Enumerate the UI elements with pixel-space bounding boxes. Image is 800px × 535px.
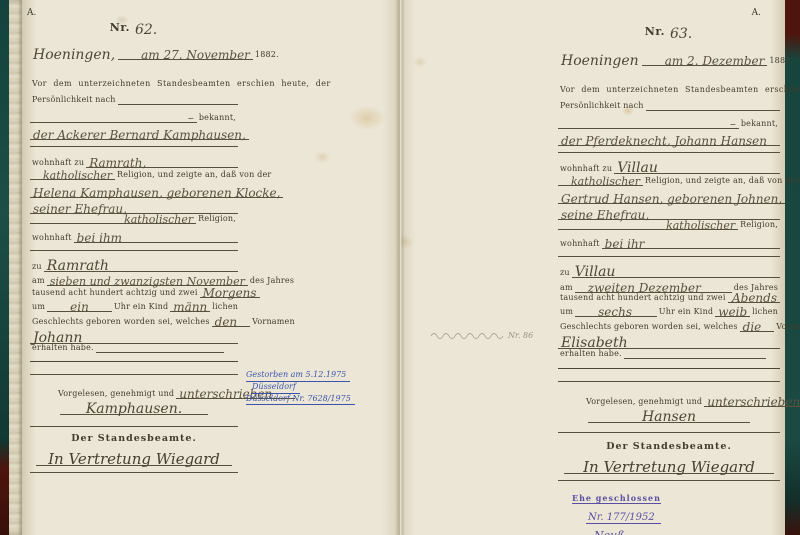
registrar-label-row: Der Standesbeamte. [30,434,238,445]
rule-line [125,240,238,242]
child-name-row: Elisabeth [558,333,780,349]
declarant-signature: Hansen [639,410,699,424]
born-line: Geschlechts geboren worden sei, welches [558,323,740,332]
child-name-row: Johann [30,328,238,344]
year-words: tausend acht hundert achtzig und zwei [30,289,200,298]
place-date-row: Hoeningen, am 27. November 1882. [30,44,238,60]
death-annotation-line2: Düsseldorf [252,382,300,394]
rule-line [661,171,780,173]
pencil-note-number: Nr. 86 [508,331,533,340]
time-of-day-value: Morgens [200,287,260,299]
rule-line [764,329,774,331]
register-book-scan: A. Nr. 62. Hoeningen, am 27. November 18… [0,0,800,535]
religion-value-2: katholischer [121,214,196,225]
firstname-label: Vornamen [774,323,800,332]
religion-value-2: katholischer [663,220,738,231]
corner-letter: A. [27,8,36,18]
declarant-signature-row: Hansen [558,407,780,423]
blank-rule [558,152,780,153]
rule-line [85,341,238,343]
rule-line [631,346,780,348]
residence-label: wohnhaft zu [30,159,86,168]
rule-line [635,314,655,316]
gender-suffix: lichen [750,308,780,317]
place-date-row: Hoeningen am 2. Dezember 1882. [558,50,780,66]
rule-line [30,221,121,223]
intro-row-1: Vor dem unterzeichneten Standesbeamten e… [30,80,238,89]
hour-value: ein [67,301,92,313]
declarant-line: der Ackerer Bernard Kamphausen, [30,129,249,141]
intro-line2: Persönlichkeit nach [558,102,646,111]
rule-line [558,227,663,229]
religion-value-1: katholischer [40,170,115,181]
registrar-signature-row: In Vertretung Wiegard [558,456,780,474]
read-approved-label: Vorgelesen, genehmigt und [584,398,704,407]
intro-line2: Persönlichkeit nach [30,96,118,105]
marriage-place: Neuß [592,529,631,535]
final-rule [30,472,238,473]
blank-rule [30,146,238,147]
year-printed: 1882. [767,57,795,66]
nr-value: 62. [132,23,160,37]
nr-label: Nr. [643,26,667,39]
rule-line [30,120,185,122]
time-of-day-value: Abends [729,292,780,304]
rule-line [558,126,727,128]
death-annotation-line3: Düsseldorf Nr. 7628/1975 [246,394,355,406]
read-approved-label: Vorgelesen, genehmigt und [56,390,176,399]
time-row: um ein Uhr ein Kind männ lichen [30,301,238,312]
time-prefix: um [558,308,575,317]
rule-line [575,314,595,316]
year-printed: 1882. [253,51,281,60]
religion-value-1: katholischer [568,176,643,187]
on-label: am [30,277,47,286]
with-whom-value: bei ihr [602,238,648,250]
rule-line [118,102,238,104]
registrar-signature: In Vertretung Wiegard [45,452,223,467]
declarant-signature-row: Kamphausen. [30,399,238,415]
born-row: Geschlechts geboren worden sei, welches … [30,316,238,327]
rule-line [240,324,250,326]
death-annotation-line1: Gestorben am 5.12.1975 [246,370,350,382]
date-value: am 27. November [138,49,253,61]
birth-place-row: zu Villau [558,262,780,278]
read-approved-row: Vorgelesen, genehmigt und unterschrieben [558,392,780,407]
corner-letter: A. [752,8,761,18]
rule-line [647,246,780,248]
marriage-annotation: Ehe geschlossen Nr. 177/1952 Neuß [572,486,661,535]
declarant-line: der Pferdeknecht, Johann Hansen [558,135,770,147]
residence-with-label: wohnhaft [558,240,602,249]
rule-line [30,177,40,179]
with-whom-row: wohnhaft bei ihr [558,235,780,249]
separator-rule [30,361,238,362]
declarant-row: der Ackerer Bernard Kamphausen, [30,124,238,140]
religion-word: Religion, [738,221,780,230]
nr-value: 63. [667,27,695,41]
residence-label: wohnhaft zu [558,165,614,174]
place-value: Hoeningen [558,54,642,68]
rule-line [558,183,568,185]
place-value: Hoeningen, [30,48,118,62]
rule-line [47,309,67,311]
gender-suffix: lichen [210,303,240,312]
time-prefix: um [30,303,47,312]
blank-rule [30,374,238,375]
rule-line [770,143,780,145]
known-mark: – [727,118,739,130]
known-suffix: bekannt, [739,120,780,129]
rule-line [642,63,662,65]
date-value: am 2. Dezember [662,55,768,67]
birth-day-row: am sieben und zwanzigsten November des J… [30,270,238,286]
received-label: erhalten habe. [558,350,624,359]
record-number-row: Nr. 62. [30,22,238,35]
born-line: Geschlechts geboren worden sei, welches [30,318,212,327]
born-row: Geschlechts geboren worden sei, welches … [558,321,780,332]
page-edge-stack [9,0,22,535]
article-value: den [212,316,241,328]
registrar-label: Der Standesbeamte. [604,442,734,453]
marriage-record-number: Nr. 177/1952 [586,512,661,524]
separator-rule [558,368,780,369]
gender-value: männ [170,301,210,313]
religion-word: Religion, [196,215,238,224]
hour-value: sechs [595,306,635,318]
with-whom-row: wohnhaft bei ihm [30,229,238,243]
received-row: erhalten habe. [558,350,780,359]
firstname-label: Vornamen [250,318,297,327]
religion-row-1: katholischer Religion, und zeigte an, da… [30,170,238,180]
religion-row-2: katholischer Religion, [30,214,238,224]
religion-suffix-1: Religion, und zeigte an, daß von der [643,177,800,186]
final-rule [558,480,780,481]
death-annotation: Gestorben am 5.12.1975 Düsseldorf Düssel… [246,370,355,405]
received-row: erhalten habe. [30,344,238,353]
marriage-stamp-text: Ehe geschlossen [572,493,661,504]
residence-row: wohnhaft zu Villau [558,158,780,174]
rule-line [118,57,138,59]
residence-value: Villau [614,161,661,175]
child-name: Elisabeth [558,336,631,350]
declarant-signature: Kamphausen. [83,402,185,416]
registrar-signature-row: In Vertretung Wiegard [30,448,238,466]
pencil-margin-note: Nr. 86 [430,330,533,340]
rule-line [624,356,766,358]
known-mark: – [185,112,197,124]
time-suffix: Uhr ein Kind [112,303,170,312]
rule-line [149,165,238,167]
religion-row-1: katholischer Religion, und zeigte an, da… [558,176,780,186]
year-words: tausend acht hundert achtzig und zwei [558,294,728,303]
blank-rule [30,426,238,427]
intro-line1: Vor dem unterzeichneten Standesbeamten e… [30,80,333,89]
blank-rule [30,250,238,251]
article-value: die [740,321,765,333]
declarant-row: der Pferdeknecht, Johann Hansen [558,130,780,146]
intro-row-2: Persönlichkeit nach [558,102,780,111]
registrar-label: Der Standesbeamte. [69,434,199,445]
religion-row-2: katholischer Religion, [558,220,780,230]
time-row: um sechs Uhr ein Kind weib lichen [558,306,780,317]
relation-row: seine Ehefrau, [558,204,780,220]
known-row: – bekannt, [30,112,238,123]
rule-line [646,108,780,110]
gender-value: weib [715,306,750,318]
nr-label: Nr. [108,22,132,35]
with-whom-value: bei ihm [74,232,125,244]
known-suffix: bekannt, [197,114,238,123]
relation-row: seiner Ehefrau, [30,198,238,214]
received-label: erhalten habe. [30,344,96,353]
residence-row: wohnhaft zu Ramrath, [30,152,238,168]
register-page-left: A. Nr. 62. Hoeningen, am 27. November 18… [22,0,400,535]
intro-row-2: Persönlichkeit nach [30,96,238,105]
year-words-row: tausend acht hundert achtzig und zwei Ab… [558,292,780,303]
record-number-row: Nr. 63. [558,26,780,39]
rule-line [96,350,224,352]
religion-suffix-1: Religion, und zeigte an, daß von der [115,171,273,180]
blank-rule [558,256,780,257]
blank-rule [558,432,780,433]
known-row: – bekannt, [558,118,780,129]
intro-line1: Vor dem unterzeichneten Standesbeamten e… [558,86,800,95]
registrar-signature: In Vertretung Wiegard [580,460,758,475]
blank-rule [558,381,780,382]
read-approved-row: Vorgelesen, genehmigt und unterschrieben [30,384,238,399]
book-cover-right [785,0,800,535]
mother-row: Gertrud Hansen, geborenen Johnen, [558,188,780,204]
registrar-label-row: Der Standesbeamte. [558,442,780,453]
book-gutter-crease [395,0,405,535]
intro-row-1: Vor dem unterzeichneten Standesbeamten e… [558,86,780,95]
time-suffix: Uhr ein Kind [657,308,715,317]
residence-with-label: wohnhaft [30,234,74,243]
residence-value: Ramrath, [86,157,149,169]
rule-line [92,309,112,311]
mother-row: Helena Kamphausen, geborenen Klocke, [30,182,238,198]
year-words-row: tausend acht hundert achtzig und zwei Mo… [30,287,238,298]
of-year-label: des Jahres [248,277,296,286]
illegible-scrawl-icon [430,330,504,340]
register-page-right: A. Nr. 63. Hoeningen am 2. Dezember 1882… [400,0,785,535]
